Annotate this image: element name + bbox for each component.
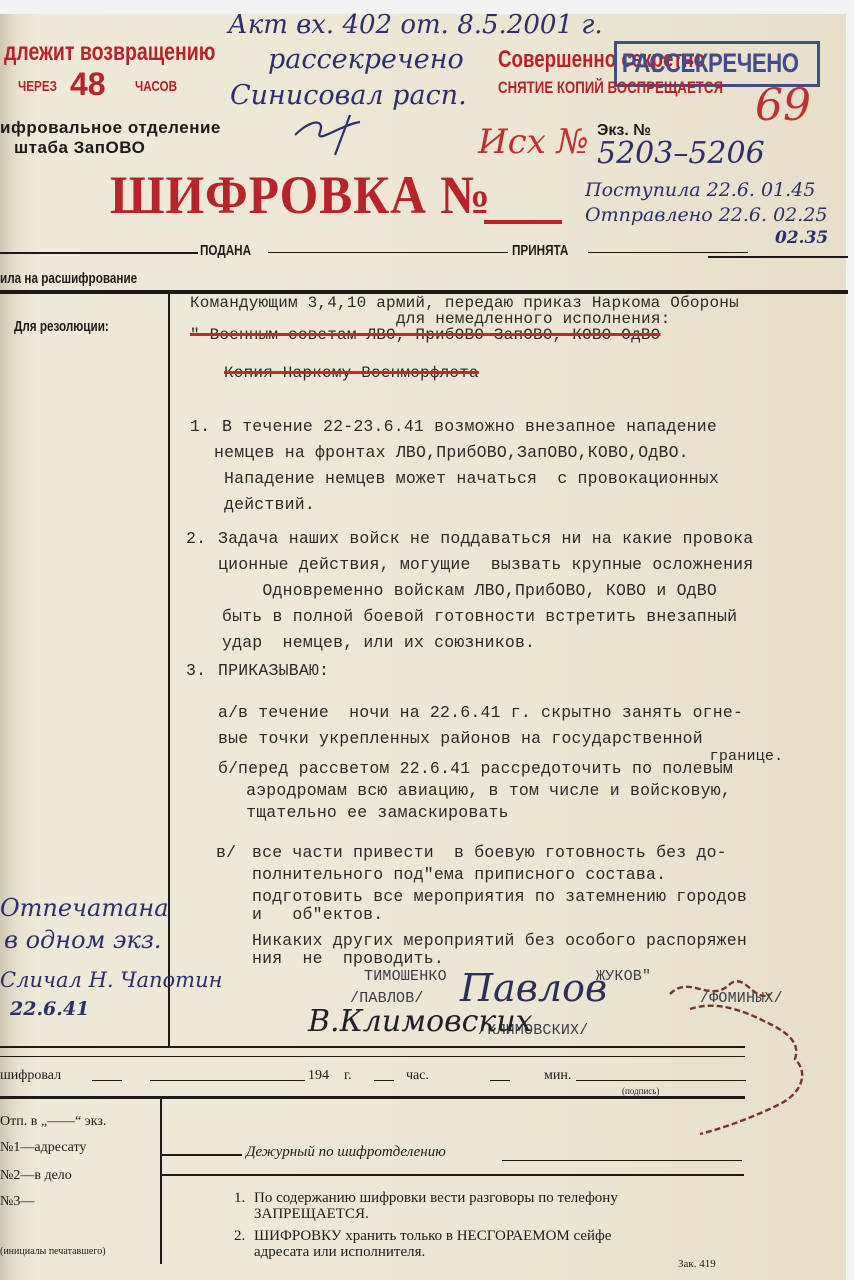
return-notice: длежит возвращению bbox=[4, 38, 215, 67]
struck-copy-line: Копия Наркому Военморфлота bbox=[224, 360, 479, 386]
struck-addressee-line: " Военным советам ЛВО, ПрибОВО ЗапОВО, К… bbox=[190, 322, 660, 348]
document-title: ШИФРОВКА № bbox=[110, 164, 491, 226]
handwritten-act-line: Акт вх. 402 от. 8.5.2001 г. bbox=[228, 10, 603, 40]
order-v-line: и об"ектов. bbox=[252, 902, 383, 928]
hours-label: час. bbox=[406, 1068, 429, 1084]
signature-caption: (подпись) bbox=[622, 1086, 659, 1096]
signature-fominykh bbox=[660, 964, 850, 1154]
return-hours-unit: ЧАСОВ bbox=[135, 78, 177, 95]
handwritten-decision: Синисовал расп. bbox=[230, 80, 467, 111]
order-b-line: тщательно ее замаскировать bbox=[236, 800, 509, 826]
paragraph-1-line: действий. bbox=[224, 492, 315, 518]
paragraph-2-line: ционные действия, могущие вызвать крупны… bbox=[218, 552, 753, 578]
duty-officer-label: Дежурный по шифротделению bbox=[246, 1144, 446, 1161]
paragraph-2-line: удар немцев, или их союзников. bbox=[222, 630, 535, 656]
return-hours: 48 bbox=[70, 66, 106, 103]
rule-2-text: адресата или исполнителя. bbox=[254, 1244, 425, 1261]
rule-2-text: ШИФРОВКУ хранить только в НЕСГОРАЕМОМ се… bbox=[254, 1228, 611, 1245]
minutes-label: мин. bbox=[544, 1068, 571, 1084]
paragraph-2-line: быть в полной боевой готовности встретит… bbox=[222, 604, 737, 630]
order-a-line: в течение ночи на 22.6.41 г. скрытно зан… bbox=[238, 700, 743, 726]
document-page: длежит возвращению ЧЕРЕЗ 48 ЧАСОВ ифрова… bbox=[0, 14, 846, 1280]
submitted-label: ПОДАНА bbox=[200, 242, 251, 259]
order-heading: ПРИКАЗЫВАЮ: bbox=[218, 658, 329, 684]
year-prefix: 194 bbox=[308, 1068, 329, 1084]
order-a-mark: а/ bbox=[218, 700, 238, 726]
handwritten-declassified: рассекречено bbox=[268, 44, 464, 75]
handwritten-page-number: 69 bbox=[755, 80, 811, 131]
resolution-column-divider bbox=[168, 294, 170, 1046]
order-v-mark: в/ bbox=[216, 840, 236, 866]
copy-3-recipient: №3— bbox=[0, 1194, 34, 1210]
encrypted-label: шифровал bbox=[0, 1068, 61, 1084]
rule-1-text: По содержанию шифровки вести разговоры п… bbox=[254, 1190, 618, 1207]
order-number: Зак. 419 bbox=[678, 1258, 716, 1270]
received-label: ПРИНЯТА bbox=[512, 242, 568, 259]
handwritten-sent-note-2: 02.35 bbox=[775, 228, 828, 248]
handwritten-printed-note-2: в одном экз. bbox=[4, 926, 162, 954]
handwritten-checked-note: Сличал Н. Чапотин bbox=[0, 968, 222, 992]
copy-2-recipient: №2—в дело bbox=[0, 1168, 72, 1184]
department-line-1: ифровальное отделение bbox=[0, 118, 221, 138]
paragraph-1-line: Нападение немцев может начаться с провок… bbox=[224, 466, 719, 492]
handwritten-printed-note-1: Отпечатана bbox=[0, 894, 169, 922]
paragraph-3-number: 3. bbox=[186, 658, 206, 684]
copies-label: Отп. в „——“ экз. bbox=[0, 1114, 106, 1130]
copy-1-recipient: №1—адресату bbox=[0, 1140, 86, 1156]
handwritten-signature-top bbox=[290, 110, 380, 160]
department-line-2: штаба ЗапОВО bbox=[14, 138, 145, 158]
paragraph-2-number: 2. bbox=[186, 526, 206, 552]
rule-1-text: ЗАПРЕЩАЕТСЯ. bbox=[254, 1206, 369, 1223]
rule-2-number: 2. bbox=[234, 1228, 245, 1245]
paragraph-2-line: Одновременно войскам ЛВО,ПрибОВО, КОВО и… bbox=[222, 578, 717, 604]
handwritten-sent-note: Отправлено 22.6. 02.25 bbox=[585, 204, 828, 226]
paragraph-2-line: Задача наших войск не поддаваться ни на … bbox=[218, 526, 753, 552]
handwritten-outgoing-number: 5203–5206 bbox=[597, 136, 765, 171]
return-through-label: ЧЕРЕЗ bbox=[18, 78, 57, 95]
year-suffix: г. bbox=[344, 1068, 352, 1084]
signature-klimovskikh: В.Климовских bbox=[308, 1004, 533, 1039]
handwritten-received-note: Поступила 22.6. 01.45 bbox=[585, 179, 815, 201]
handwritten-printed-date: 22.6.41 bbox=[10, 998, 89, 1020]
handwritten-outgoing-label: Исх № bbox=[478, 122, 589, 162]
footer-divider bbox=[0, 1096, 745, 1099]
rule-1-number: 1. bbox=[234, 1190, 245, 1207]
decrypt-label: ила на расшифрование bbox=[0, 270, 137, 287]
paragraph-1-number: 1. bbox=[190, 414, 210, 440]
resolution-label: Для резолюции: bbox=[14, 318, 109, 335]
title-number-blank bbox=[484, 220, 562, 224]
typist-initials-label: (инициалы печатавшего) bbox=[0, 1246, 106, 1257]
copy-prohibited-notice: СНЯТИЕ КОПИЙ ВОСПРЕЩАЕТСЯ bbox=[498, 78, 723, 98]
paragraph-1-line: немцев на фронтах ЛВО,ПрибОВО,ЗапОВО,КОВ… bbox=[214, 440, 689, 466]
paragraph-1-line: В течение 22-23.6.41 возможно внезапное … bbox=[222, 414, 717, 440]
